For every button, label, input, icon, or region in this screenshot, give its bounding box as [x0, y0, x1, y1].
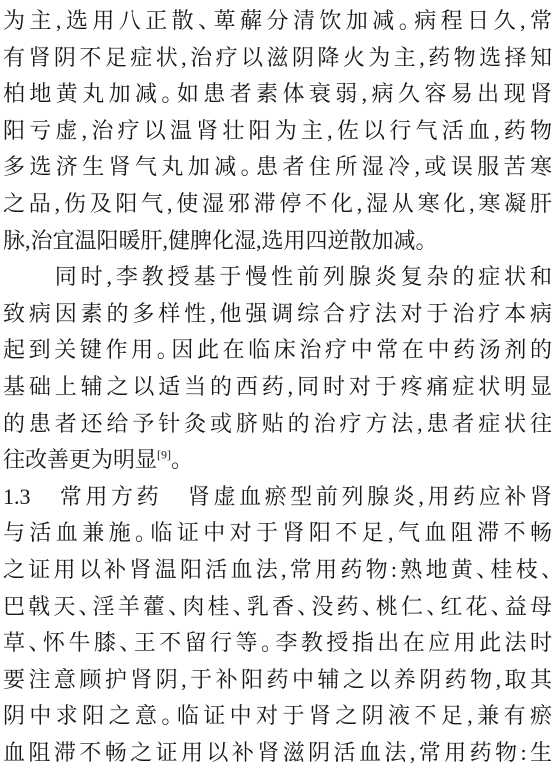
line-text: 草、怀牛膝、王不留行等。李教授指出在应用此法时	[3, 630, 552, 655]
line-text: 阳亏虚,治疗以温肾壮阳为主,佐以行气活血,药物	[3, 118, 552, 143]
line-text: 巴戟天、淫羊藿、肉桂、乳香、没药、桃仁、红花、益母	[3, 594, 552, 619]
line-text: 之品,伤及阳气,使湿邪滞停不化,湿从寒化,寒凝肝	[3, 191, 552, 216]
text-line: 血阻滞不畅之证用以补肾滋阴活血法,常用药物:生	[3, 735, 552, 772]
text-line: 柏地黄丸加减。如患者素体衰弱,病久容易出现肾	[3, 76, 552, 113]
line-text: 起到关键作用。因此在临床治疗中常在中药汤剂的	[3, 337, 552, 362]
text-line: 的患者还给予针灸或脐贴的治疗方法,患者症状往	[3, 406, 552, 443]
line-text: 同时,李教授基于慢性前列腺炎复杂的症状和	[3, 264, 552, 289]
text-line: 要注意顾护肾阴,于补阳药中辅之以养阴药物,取其	[3, 662, 552, 699]
line-text: 与活血兼施。临证中对于肾阳不足,气血阻滞不畅	[3, 520, 552, 545]
text-line: 草、怀牛膝、王不留行等。李教授指出在应用此法时	[3, 625, 552, 662]
text-line: 基础上辅之以适当的西药,同时对于疼痛症状明显	[3, 369, 552, 406]
text-line: 致病因素的多样性,他强调综合疗法对于治疗本病	[3, 296, 552, 333]
line-text: 的患者还给予针灸或脐贴的治疗方法,患者症状往	[3, 411, 552, 436]
text-line: 为主,选用八正散、萆薢分清饮加减。病程日久,常	[3, 3, 552, 40]
text-line: 多选济生肾气丸加减。患者住所湿冷,或误服苦寒	[3, 149, 552, 186]
line-text: 之证用以补肾温阳活血法,常用药物:熟地黄、桂枝、	[3, 557, 552, 582]
text-line: 与活血兼施。临证中对于肾阳不足,气血阻滞不畅	[3, 515, 552, 552]
text-line: 之品,伤及阳气,使湿邪滞停不化,湿从寒化,寒凝肝	[3, 186, 552, 223]
text-line: 往改善更为明显[9]。	[3, 442, 552, 479]
text-line: 阳亏虚,治疗以温肾壮阳为主,佐以行气活血,药物	[3, 113, 552, 150]
line-text: 要注意顾护肾阴,于补阳药中辅之以养阴药物,取其	[3, 667, 552, 692]
text-line: 巴戟天、淫羊藿、肉桂、乳香、没药、桃仁、红花、益母	[3, 589, 552, 626]
text-line: 阴中求阳之意。临证中对于肾之阴液不足,兼有瘀	[3, 698, 552, 735]
line-text: 往改善更为明显	[3, 447, 157, 472]
line-text: 致病因素的多样性,他强调综合疗法对于治疗本病	[3, 301, 552, 326]
text-line: 有肾阴不足症状,治疗以滋阴降火为主,药物选择知	[3, 40, 552, 77]
text-line: 之证用以补肾温阳活血法,常用药物:熟地黄、桂枝、	[3, 552, 552, 589]
text-line: 起到关键作用。因此在临床治疗中常在中药汤剂的	[3, 332, 552, 369]
line-text: 脉,治宜温阳暖肝,健脾化湿,选用四逆散加减。	[3, 228, 427, 253]
text-line: 脉,治宜温阳暖肝,健脾化湿,选用四逆散加减。	[3, 223, 552, 260]
text-line: 1.3 常用方药 肾虚血瘀型前列腺炎,用药应补肾	[3, 479, 552, 516]
reference-marker: [9]	[157, 448, 171, 462]
line-text: 有肾阴不足症状,治疗以滋阴降火为主,药物选择知	[3, 45, 552, 70]
text-line: 同时,李教授基于慢性前列腺炎复杂的症状和	[3, 259, 552, 296]
line-text: 柏地黄丸加减。如患者素体衰弱,病久容易出现肾	[3, 81, 552, 106]
text-column: 为主,选用八正散、萆薢分清饮加减。病程日久,常有肾阴不足症状,治疗以滋阴降火为主…	[3, 3, 552, 771]
line-text: 血阻滞不畅之证用以补肾滋阴活血法,常用药物:生	[3, 740, 552, 765]
line-text: 为主,选用八正散、萆薢分清饮加减。病程日久,常	[3, 8, 552, 33]
line-text: 多选济生肾气丸加减。患者住所湿冷,或误服苦寒	[3, 154, 552, 179]
line-text: 阴中求阳之意。临证中对于肾之阴液不足,兼有瘀	[3, 703, 552, 728]
line-text: 。	[171, 447, 182, 472]
paper-page: 为主,选用八正散、萆薢分清饮加减。病程日久,常有肾阴不足症状,治疗以滋阴降火为主…	[0, 0, 554, 772]
line-text: 基础上辅之以适当的西药,同时对于疼痛症状明显	[3, 374, 552, 399]
line-text: 1.3 常用方药 肾虚血瘀型前列腺炎,用药应补肾	[3, 484, 552, 509]
